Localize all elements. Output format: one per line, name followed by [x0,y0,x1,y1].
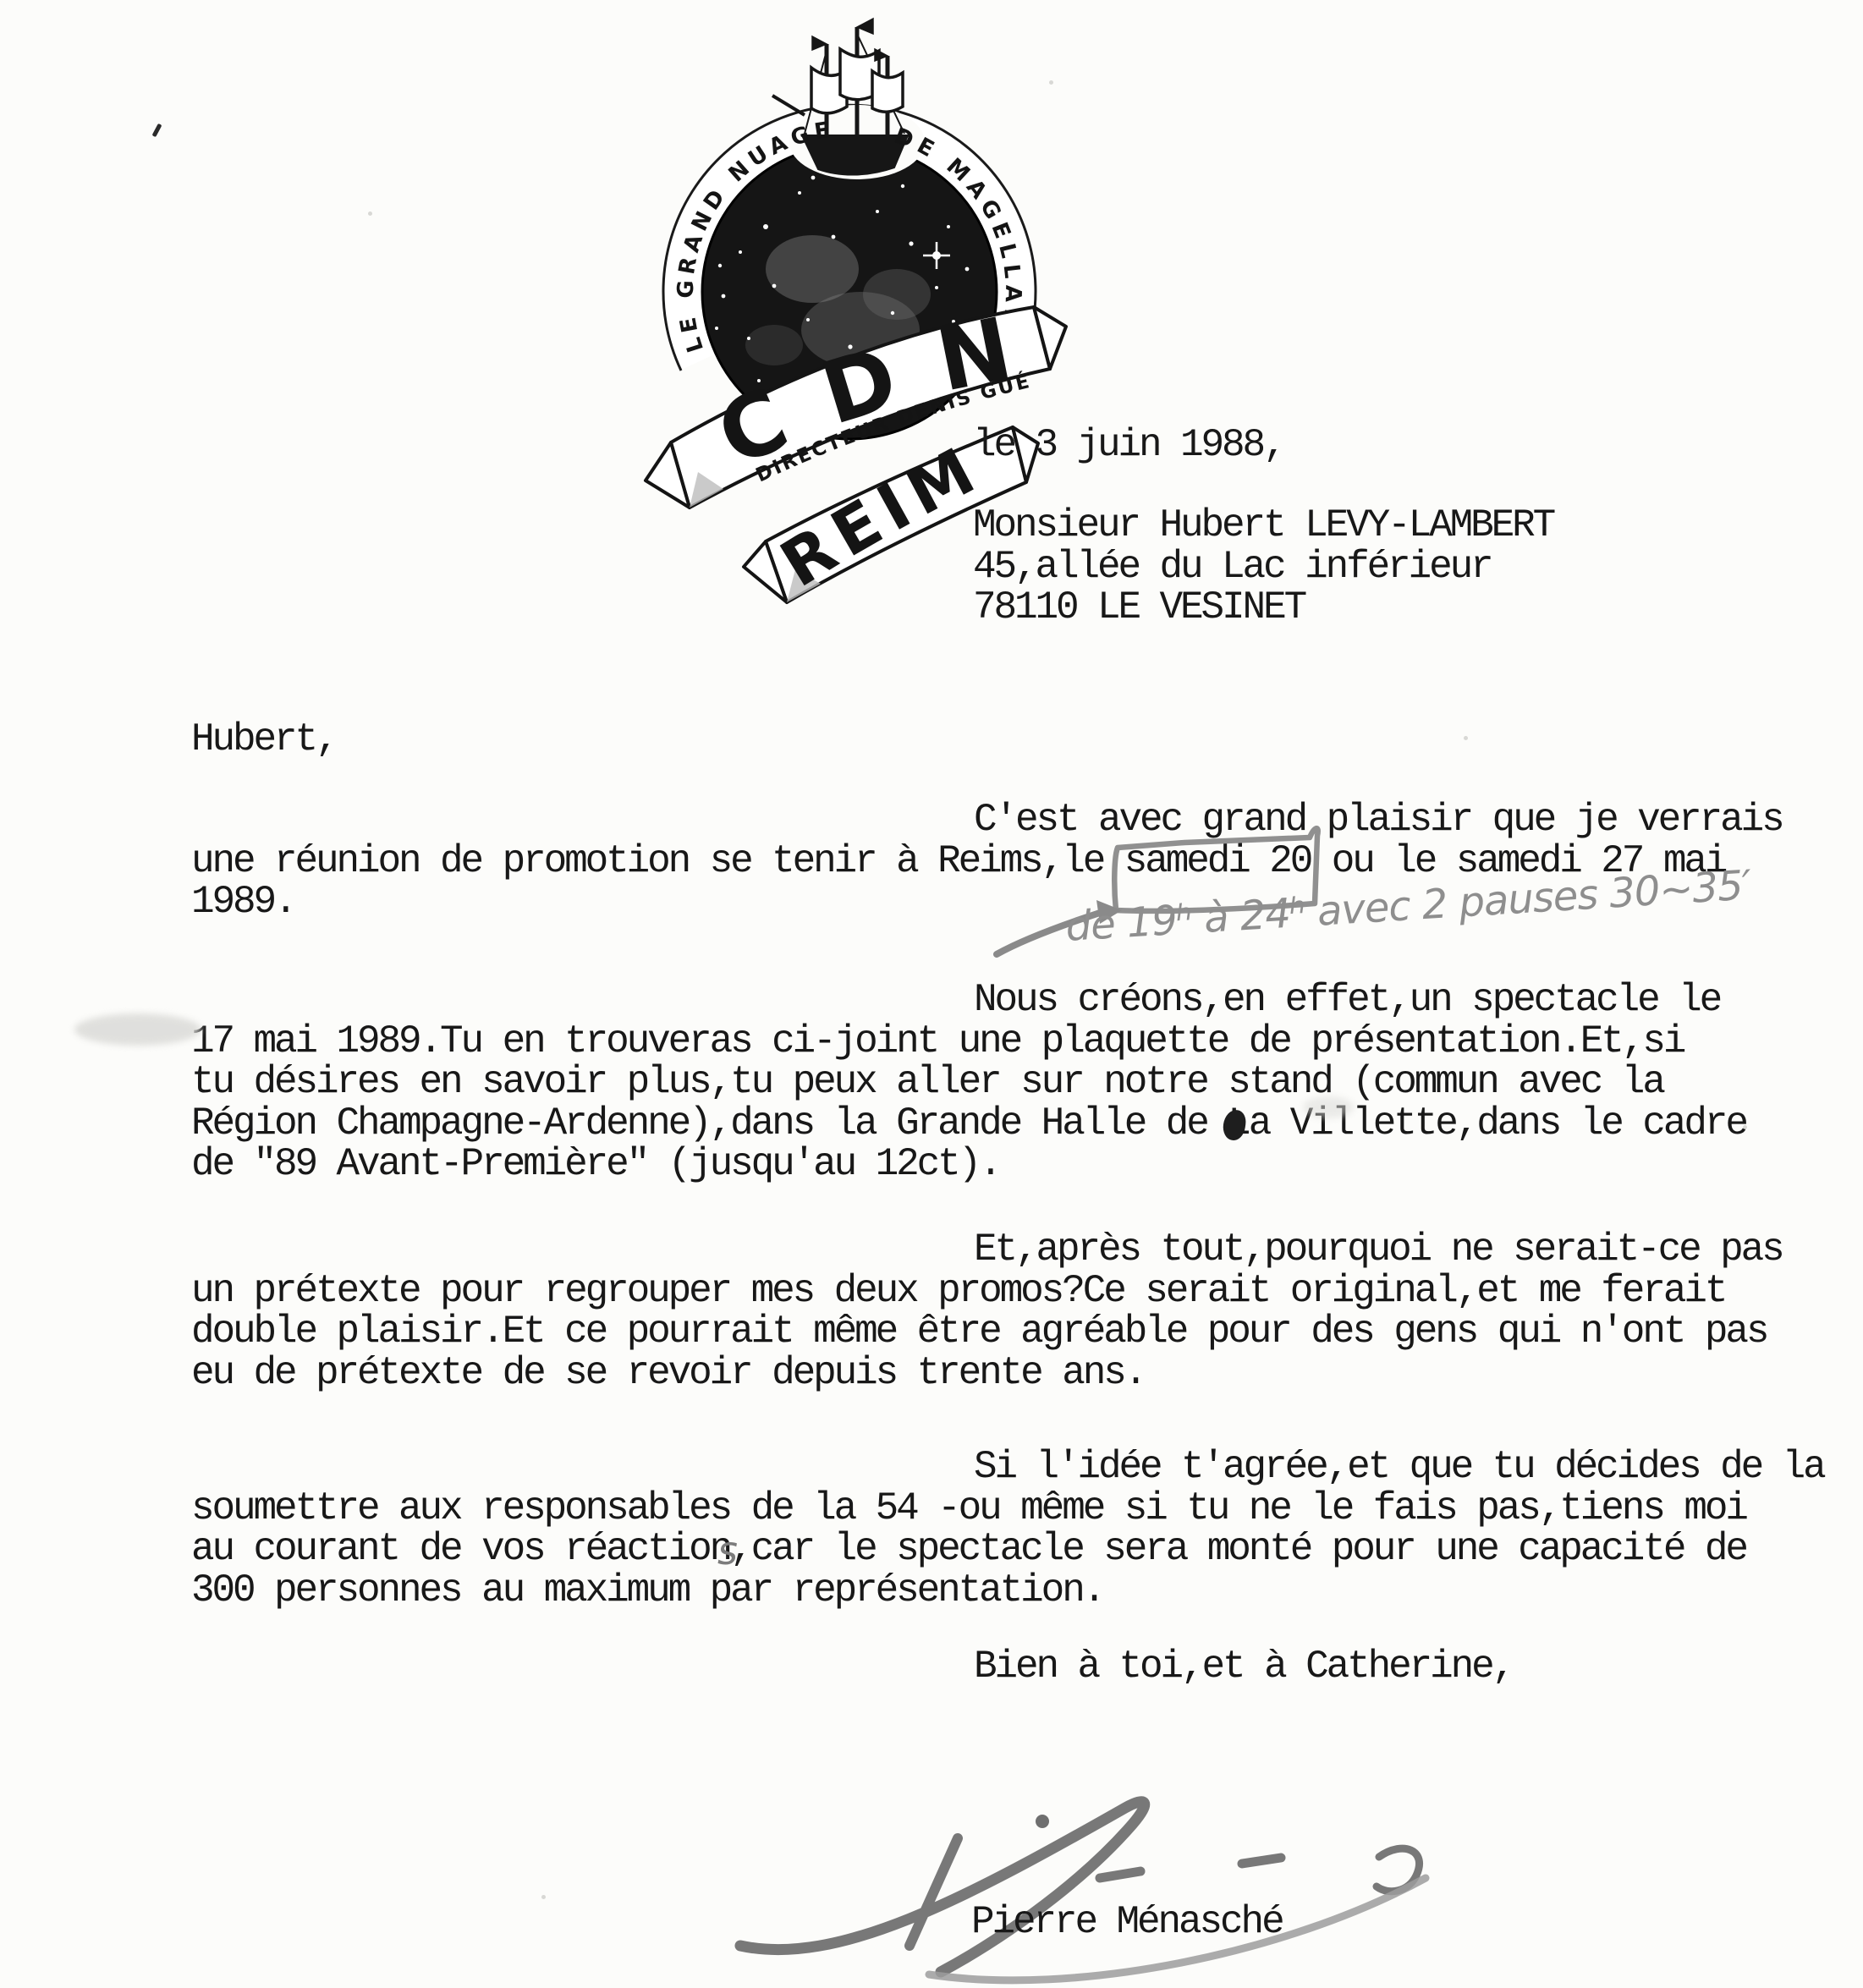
scan-speck [1743,1125,1747,1129]
paragraph-2: Nous créons,en effet,un spectacle le 17 … [191,980,1799,1185]
date-line: le 3 juin 1988, [973,425,1284,466]
handwritten-inserted-s: s [717,1528,738,1573]
letter-page: LE GRAND NUAGE DE MAGELLAN CDN DIRECTEUR… [0,0,1863,1988]
scan-speck [1049,80,1053,85]
closing-line: Bien à toi,et à Catherine, [191,1646,1799,1688]
signature-scrawl [711,1764,1472,1988]
scan-tick-mark [152,124,162,137]
scan-speck [541,1895,546,1899]
scan-speck [368,211,372,216]
scan-smudge [74,1013,201,1046]
paragraph-4: Si l'idée t'agrée,et que tu décides de l… [191,1447,1799,1611]
salutation: Hubert, [191,719,337,761]
recipient-address: Monsieur Hubert LEVY-LAMBERT 45,allée du… [973,505,1553,629]
scan-speck [1464,736,1468,740]
scan-smudge [1303,1096,1354,1118]
paragraph-3: Et,après tout,pourquoi ne serait-ce pas … [191,1229,1799,1393]
signature-name: Pierre Ménasché [971,1902,1283,1943]
